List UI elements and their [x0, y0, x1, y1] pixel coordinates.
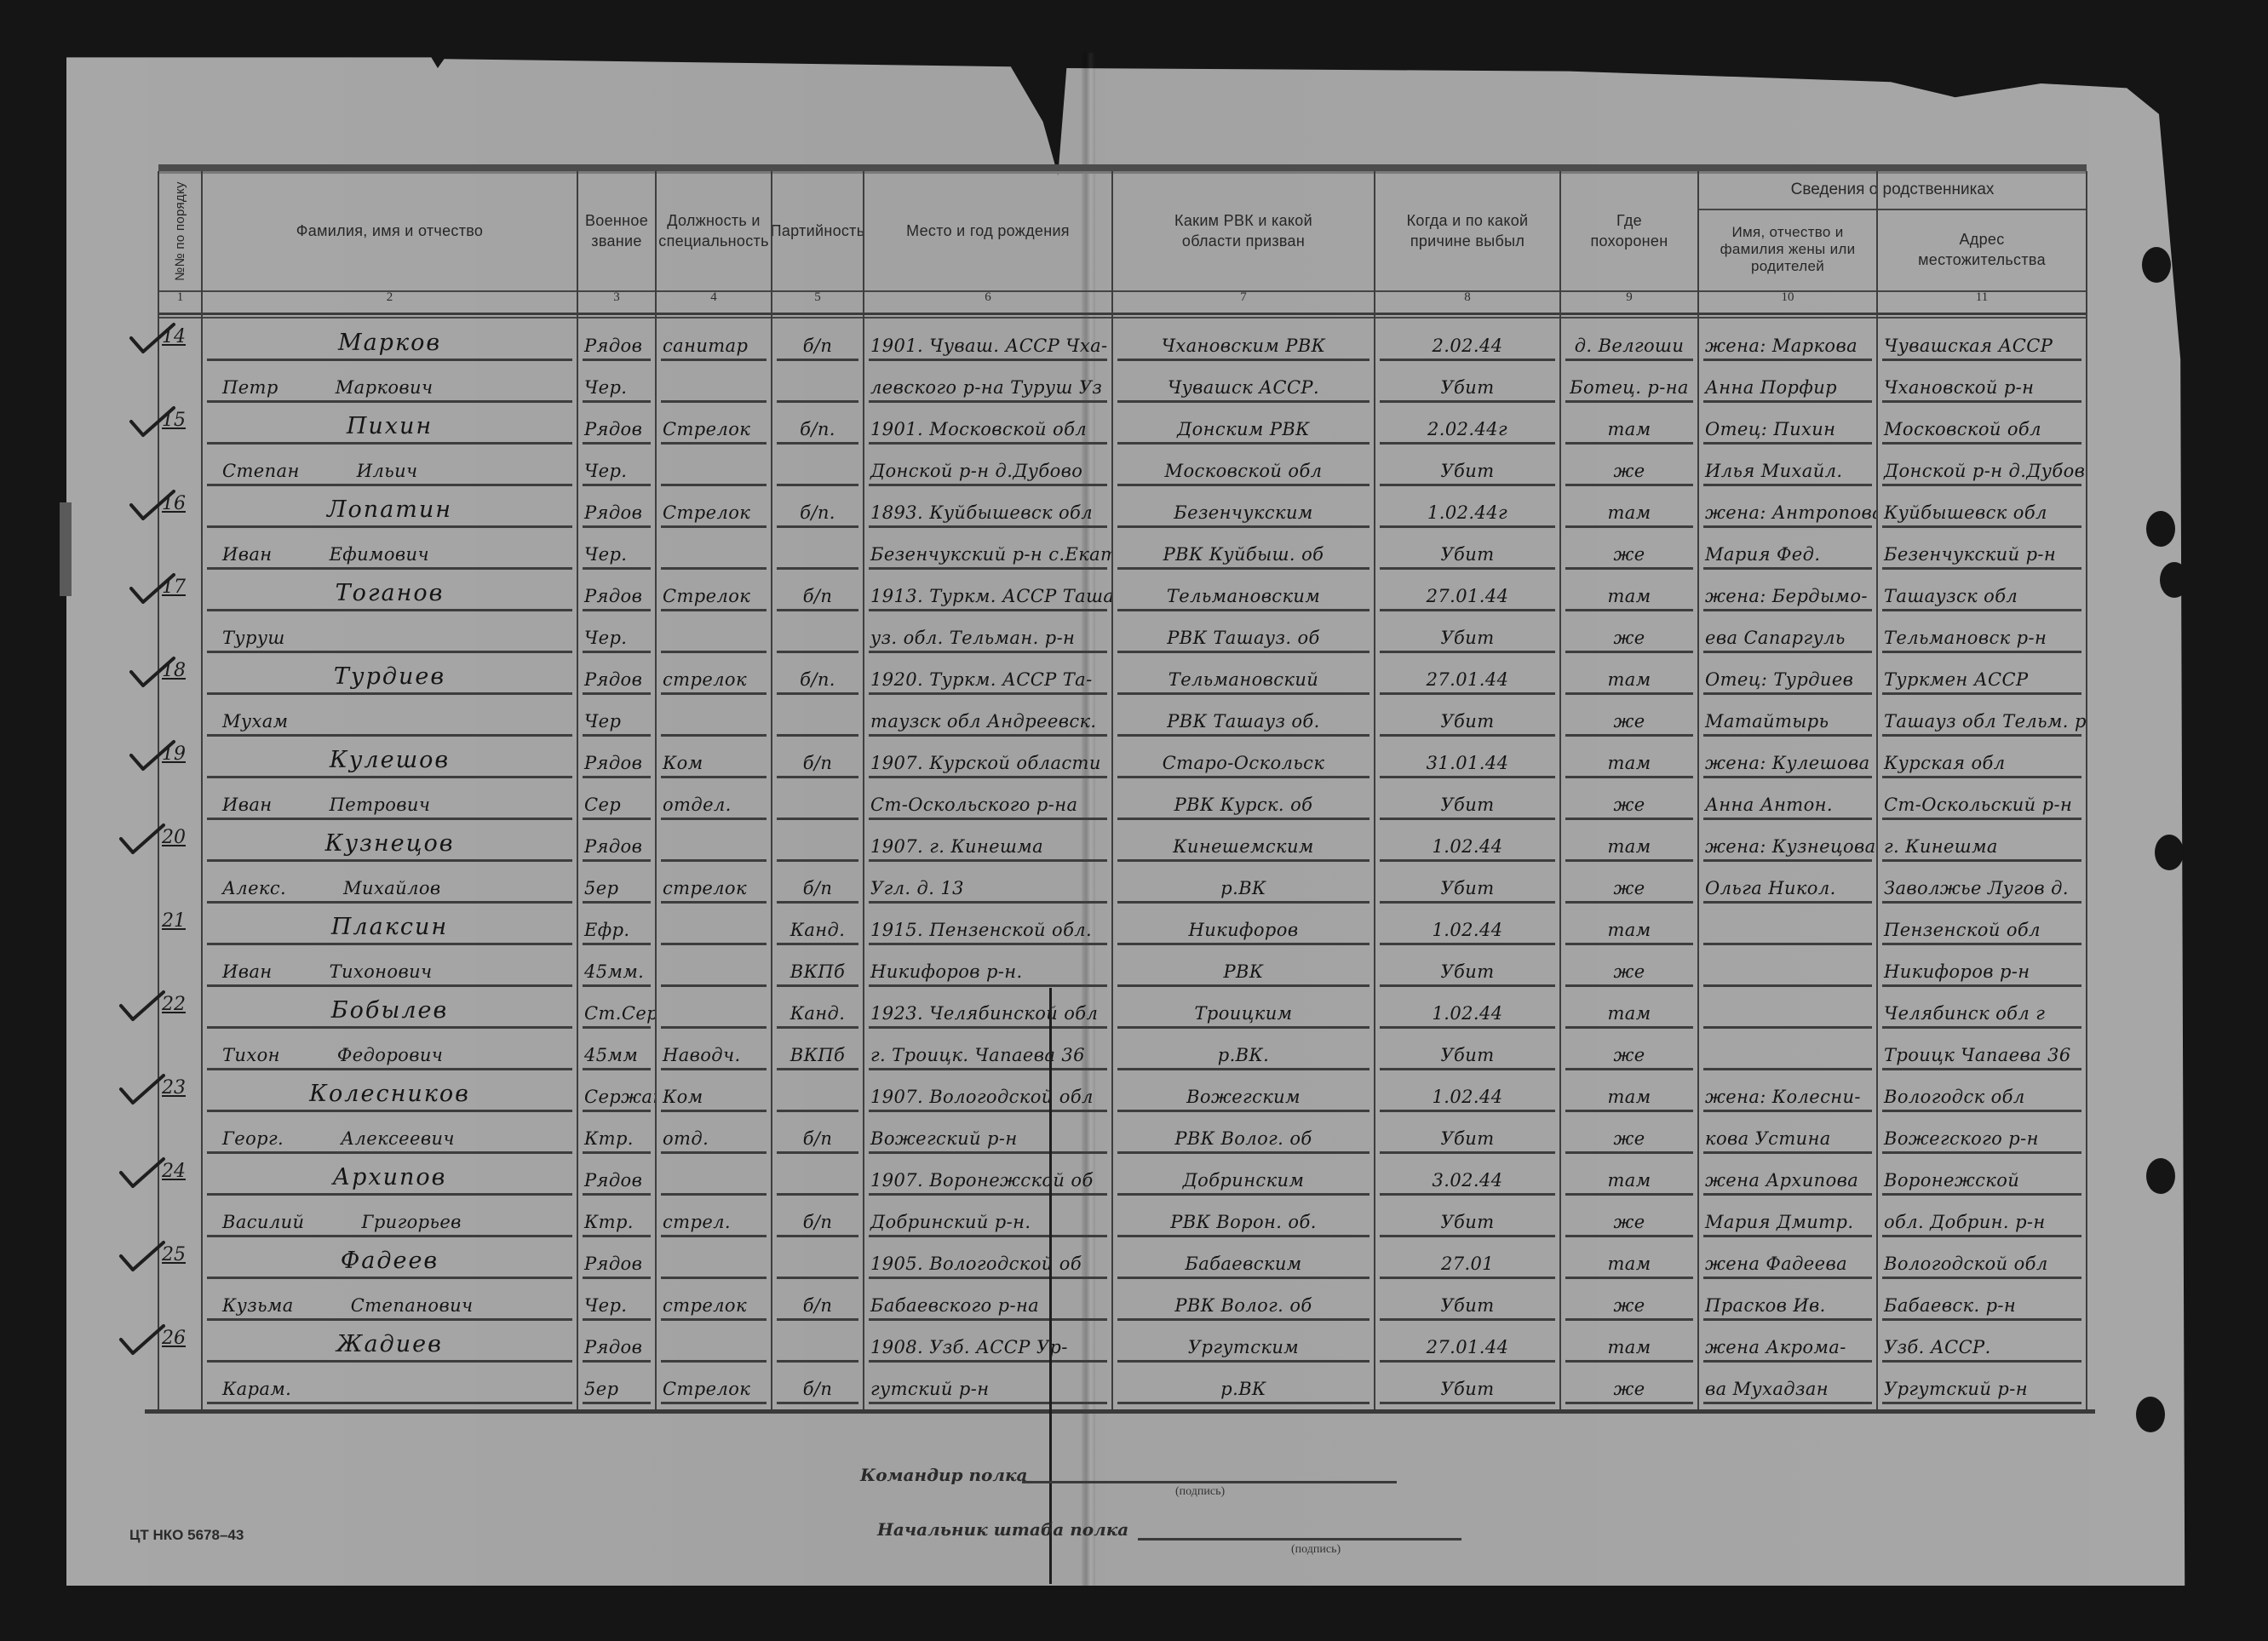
cell-relative-name: кова Устина — [1698, 1112, 1877, 1154]
cell-name: Колесников — [202, 1070, 577, 1112]
cell-relative-address: Туркмен АССР — [1877, 653, 2087, 695]
cell-position: Стрелок — [656, 1363, 772, 1404]
cell-draft-office: РВК Ташауз. об — [1112, 611, 1375, 653]
cell-party: б/п — [772, 1112, 864, 1154]
row-underline — [1380, 1402, 1555, 1404]
table-row: Степан ИльичЧер.Донской р-н д.ДубовоМоск… — [158, 445, 2087, 486]
table-row: Василий ГригорьевКтр.стрел.б/пДобринский… — [158, 1196, 2087, 1237]
cell-position: отдел. — [656, 778, 772, 820]
cell-rank: 5ер — [577, 1363, 656, 1404]
cell-birth: г. Троицк. Чапаева 36 — [864, 1029, 1112, 1070]
column-rule — [1111, 171, 1113, 1413]
cell-relative-address: Тельмановск р-н — [1877, 611, 2087, 653]
cell-party: б/п. — [772, 653, 864, 695]
col-num-7: 7 — [1112, 290, 1375, 313]
table-row: ЛопатинРядовСтрелокб/п.1893. Куйбышевск … — [158, 486, 2087, 528]
row-underline — [869, 1402, 1107, 1404]
cell-rank: Рядов — [577, 1154, 656, 1196]
table-row: Петр МарковичЧер.левского р-на Туруш УзЧ… — [158, 361, 2087, 403]
header-col-1: №№ по порядку — [158, 171, 202, 290]
checkmark-icon — [128, 488, 175, 522]
cell-birth: Вожегский р-н — [864, 1112, 1112, 1154]
column-rule — [863, 171, 864, 1413]
table-row: ПихинРядовСтрелокб/п.1901. Московской об… — [158, 403, 2087, 445]
checkmark-icon — [118, 822, 165, 856]
cell-name: Петр Маркович — [202, 361, 577, 403]
chief-of-staff-label: Начальник штаба полка — [877, 1519, 1128, 1540]
col-num-1: 1 — [158, 290, 202, 313]
table-row: ФадеевРядов1905. Вологодской обБабаевски… — [158, 1237, 2087, 1279]
table-row: Алекс. Михайлов5ерстрелокб/пУгл. д. 13р.… — [158, 862, 2087, 904]
cell-burial: же — [1560, 528, 1698, 570]
cell-relative-address: г. Кинешма — [1877, 820, 2087, 862]
cell-burial: же — [1560, 778, 1698, 820]
record-number: 24 — [162, 1161, 186, 1182]
cell-draft-office: РВК Ташауз об. — [1112, 695, 1375, 737]
body-top-double-rule-2 — [158, 317, 2087, 318]
column-rule — [1697, 171, 1699, 1413]
cell-party — [772, 695, 864, 737]
table-row: КулешовРядовКомб/п1907. Курской областиС… — [158, 737, 2087, 778]
cell-name: Иван Петрович — [202, 778, 577, 820]
cell-burial: же — [1560, 862, 1698, 904]
cell-position: стрелок — [656, 653, 772, 695]
cell-party: ВКПб — [772, 1029, 864, 1070]
cell-position — [656, 987, 772, 1029]
cell-burial: там — [1560, 820, 1698, 862]
cell-date-reason: 1.02.44 — [1375, 904, 1560, 945]
cell-rank: Рядов — [577, 570, 656, 611]
header-col-10: Имя, отчество и фамилия жены или родител… — [1698, 209, 1877, 290]
checkmark-icon — [118, 1323, 165, 1357]
cell-relative-address: Безенчукский р-н — [1877, 528, 2087, 570]
cell-party: Канд. — [772, 904, 864, 945]
cell-party: б/п — [772, 737, 864, 778]
chief-of-staff-signature-line — [1138, 1538, 1461, 1541]
cell-burial: там — [1560, 1070, 1698, 1112]
cell-birth: 1893. Куйбышевск обл — [864, 486, 1112, 528]
cell-rank: Рядов — [577, 1237, 656, 1279]
commander-label: Командир полка — [860, 1465, 1028, 1485]
cell-birth: Ст-Оскольского р-на — [864, 778, 1112, 820]
cell-name: Марков — [202, 319, 577, 361]
cell-name: Мухам — [202, 695, 577, 737]
cell-rank: Чер — [577, 695, 656, 737]
cell-relative-name: Прасков Ив. — [1698, 1279, 1877, 1321]
header-relatives-group: Сведения о родственниках — [1698, 171, 2087, 209]
cell-position: Ком — [656, 1070, 772, 1112]
col-num-2: 2 — [202, 290, 577, 313]
cell-date-reason: 1.02.44 — [1375, 987, 1560, 1029]
cell-name: Кулешов — [202, 737, 577, 778]
cell-birth: Безенчукский р-н с.Екат — [864, 528, 1112, 570]
record-number: 25 — [162, 1244, 186, 1265]
col-num-6: 6 — [864, 290, 1112, 313]
punch-hole — [2146, 1158, 2175, 1194]
cell-position: стрел. — [656, 1196, 772, 1237]
cell-relative-address: Донской р-н д.Дубово. — [1877, 445, 2087, 486]
cell-burial: же — [1560, 695, 1698, 737]
cell-party — [772, 820, 864, 862]
column-rule — [158, 171, 159, 1413]
cell-relative-name — [1698, 987, 1877, 1029]
cell-birth: уз. обл. Тельман. р-н — [864, 611, 1112, 653]
cell-draft-office: Безенчукским — [1112, 486, 1375, 528]
cell-party — [772, 1237, 864, 1279]
cell-draft-office: РВК — [1112, 945, 1375, 987]
cell-rank: Рядов — [577, 737, 656, 778]
row-underline — [777, 1402, 858, 1404]
cell-position — [656, 904, 772, 945]
table-row: Иван Тихонович45мм.ВКПбНикифоров р-н.РВК… — [158, 945, 2087, 987]
cell-date-reason: 31.01.44 — [1375, 737, 1560, 778]
record-number: 23 — [162, 1077, 186, 1099]
cell-name: Степан Ильич — [202, 445, 577, 486]
col-num-8: 8 — [1375, 290, 1560, 313]
cell-position: Стрелок — [656, 570, 772, 611]
cell-party: б/п — [772, 1196, 864, 1237]
binding-tab — [60, 502, 72, 596]
column-rule — [2086, 171, 2087, 1413]
col-num-4: 4 — [656, 290, 772, 313]
cell-relative-address: Вологодск обл — [1877, 1070, 2087, 1112]
cell-rank: Рядов — [577, 319, 656, 361]
cell-date-reason: 3.02.44 — [1375, 1154, 1560, 1196]
cell-party — [772, 1070, 864, 1112]
cell-rank: Чер. — [577, 528, 656, 570]
cell-party: ВКПб — [772, 945, 864, 987]
cell-relative-address: Курская обл — [1877, 737, 2087, 778]
cell-position — [656, 361, 772, 403]
cell-relative-address: Челябинск обл г — [1877, 987, 2087, 1029]
cell-rank: Сер — [577, 778, 656, 820]
column-rule — [1559, 171, 1561, 1413]
cell-birth: гутский р-н — [864, 1363, 1112, 1404]
checkmark-icon — [118, 1156, 165, 1190]
cell-rank: Чер. — [577, 361, 656, 403]
cell-name: Лопатин — [202, 486, 577, 528]
cell-draft-office: Чхановским РВК — [1112, 319, 1375, 361]
body-top-double-rule — [158, 313, 2087, 315]
table-row: ЖадиевРядов1908. Узб. АССР Ур-Ургутским2… — [158, 1321, 2087, 1363]
header-col-4: Должность и специальность — [656, 171, 772, 290]
cell-party — [772, 778, 864, 820]
row-underline — [1117, 1402, 1369, 1404]
cell-burial: там — [1560, 570, 1698, 611]
cell-rank: 5ер — [577, 862, 656, 904]
table-row: КузнецовРядов1907. г. КинешмаКинешемским… — [158, 820, 2087, 862]
cell-relative-address: Воронежской — [1877, 1154, 2087, 1196]
cell-draft-office: Бабаевским — [1112, 1237, 1375, 1279]
cell-relative-name: жена Акрома- — [1698, 1321, 1877, 1363]
cell-birth: Бабаевского р-на — [864, 1279, 1112, 1321]
cell-relative-address: Куйбышевск обл — [1877, 486, 2087, 528]
cell-name: Пихин — [202, 403, 577, 445]
cell-date-reason: 27.01.44 — [1375, 653, 1560, 695]
cell-name: Иван Тихонович — [202, 945, 577, 987]
row-underline — [207, 1402, 572, 1404]
cell-relative-address: Вожегского р-н — [1877, 1112, 2087, 1154]
cell-draft-office: р.ВК — [1112, 862, 1375, 904]
cell-party — [772, 1321, 864, 1363]
cell-birth: левского р-на Туруш Уз — [864, 361, 1112, 403]
table-row: ТурушЧер.уз. обл. Тельман. р-нРВК Ташауз… — [158, 611, 2087, 653]
cell-rank: Чер. — [577, 1279, 656, 1321]
cell-birth: Донской р-н д.Дубово — [864, 445, 1112, 486]
cell-relative-address: Троицк Чапаева 36 — [1877, 1029, 2087, 1070]
cell-relative-address: Ташауз обл Тельм. р-н — [1877, 695, 2087, 737]
cell-relative-name: жена: Бердымо- — [1698, 570, 1877, 611]
cell-date-reason: 1.02.44 — [1375, 820, 1560, 862]
cell-name: Карам. — [202, 1363, 577, 1404]
punch-hole — [2146, 511, 2175, 547]
cell-relative-name: жена: Кулешова — [1698, 737, 1877, 778]
cell-draft-office: Никифоров — [1112, 904, 1375, 945]
cell-relative-name: Илья Михайл. — [1698, 445, 1877, 486]
cell-relative-name — [1698, 945, 1877, 987]
cell-position: Стрелок — [656, 486, 772, 528]
punch-hole — [2155, 835, 2184, 870]
cell-birth: 1913. Туркм. АССР Ташауз. обл. Тельман. … — [864, 570, 1112, 611]
punch-hole — [2160, 562, 2189, 598]
col-num-3: 3 — [577, 290, 656, 313]
commander-signature-line — [1022, 1481, 1397, 1483]
cell-date-reason: 1.02.44г — [1375, 486, 1560, 528]
cell-party — [772, 528, 864, 570]
header-col-6: Место и год рождения — [864, 171, 1112, 290]
cell-draft-office: РВК Волог. об — [1112, 1279, 1375, 1321]
cell-draft-office: р.ВК. — [1112, 1029, 1375, 1070]
cell-relative-name: Ольга Никол. — [1698, 862, 1877, 904]
cell-draft-office: Московской обл — [1112, 445, 1375, 486]
cell-rank: Рядов — [577, 1321, 656, 1363]
cell-date-reason: Убит — [1375, 862, 1560, 904]
cell-date-reason: Убит — [1375, 1196, 1560, 1237]
col-num-10: 10 — [1698, 290, 1877, 313]
cell-position: Наводч. — [656, 1029, 772, 1070]
cell-name: Фадеев — [202, 1237, 577, 1279]
checkmark-icon — [128, 321, 175, 355]
cell-birth: 1907. Воронежской об — [864, 1154, 1112, 1196]
cell-date-reason: Убит — [1375, 945, 1560, 987]
cell-rank: Чер. — [577, 611, 656, 653]
cell-position — [656, 945, 772, 987]
cell-position: Ком — [656, 737, 772, 778]
cell-rank: 45мм. — [577, 945, 656, 987]
cell-date-reason: Убит — [1375, 1112, 1560, 1154]
table-row: АрхиповРядов1907. Воронежской обДобринск… — [158, 1154, 2087, 1196]
cell-date-reason: Убит — [1375, 778, 1560, 820]
cell-name: Тоганов — [202, 570, 577, 611]
column-rule — [771, 171, 772, 1413]
cell-burial: же — [1560, 445, 1698, 486]
cell-burial: же — [1560, 1112, 1698, 1154]
cell-birth: 1915. Пензенской обл. — [864, 904, 1112, 945]
loss-register-table: №№ по порядку Фамилия, имя и отчество Во… — [158, 171, 2087, 1413]
cell-draft-office: Старо-Оскольск — [1112, 737, 1375, 778]
cell-burial: же — [1560, 1029, 1698, 1070]
cell-position — [656, 1237, 772, 1279]
table-bottom-rule — [145, 1409, 2095, 1414]
cell-date-reason: Убит — [1375, 695, 1560, 737]
table-row: БобылевСт.СерКанд.1923. Челябинской облТ… — [158, 987, 2087, 1029]
checkmark-icon — [128, 405, 175, 439]
cell-relative-address: Узб. АССР. — [1877, 1321, 2087, 1363]
cell-position: стрелок — [656, 1279, 772, 1321]
cell-birth: 1907. Вологодской обл — [864, 1070, 1112, 1112]
cell-burial: там — [1560, 737, 1698, 778]
cell-name: Кузьма Степанович — [202, 1279, 577, 1321]
cell-name: Турдиев — [202, 653, 577, 695]
cell-date-reason: Убит — [1375, 361, 1560, 403]
cell-relative-name: ва Мухадзан — [1698, 1363, 1877, 1404]
cell-burial: Ботец. р-на — [1560, 361, 1698, 403]
cell-birth: таузск обл Андреевск. — [864, 695, 1112, 737]
cell-relative-name — [1698, 904, 1877, 945]
cell-name: Тихон Федорович — [202, 1029, 577, 1070]
col-num-11: 11 — [1877, 290, 2087, 313]
cell-draft-office: Вожегским — [1112, 1070, 1375, 1112]
cell-relative-address: Ст-Оскольский р-н — [1877, 778, 2087, 820]
cell-date-reason: Убит — [1375, 611, 1560, 653]
row-underline — [1703, 1402, 1872, 1404]
row-underline — [661, 1402, 767, 1404]
table-row: Тихон Федорович45ммНаводч.ВКПбг. Троицк.… — [158, 1029, 2087, 1070]
header-col-5: Партийность — [772, 171, 864, 290]
cell-party: б/п. — [772, 486, 864, 528]
cell-rank: Чер. — [577, 445, 656, 486]
cell-burial: там — [1560, 1321, 1698, 1363]
cell-rank: 45мм — [577, 1029, 656, 1070]
row-underline — [583, 1402, 651, 1404]
cell-date-reason: Убит — [1375, 528, 1560, 570]
header-col-9: Где похоронен — [1560, 171, 1698, 290]
column-rule — [655, 171, 657, 1413]
header-col-2: Фамилия, имя и отчество — [202, 171, 577, 290]
cell-burial: там — [1560, 1154, 1698, 1196]
column-rule — [1374, 171, 1375, 1413]
cell-relative-name: Матайтырь — [1698, 695, 1877, 737]
cell-relative-name: ева Сапаргуль — [1698, 611, 1877, 653]
form-code: ЦТ НКО 5678–43 — [129, 1527, 244, 1544]
cell-date-reason: Убит — [1375, 1279, 1560, 1321]
cell-burial: там — [1560, 987, 1698, 1029]
cell-date-reason: 1.02.44 — [1375, 1070, 1560, 1112]
header-col-8: Когда и по какой причине выбыл — [1375, 171, 1560, 290]
header-col-3: Военное звание — [577, 171, 656, 290]
cell-name: Кузнецов — [202, 820, 577, 862]
table-row: ТогановРядовСтрелокб/п1913. Туркм. АССР … — [158, 570, 2087, 611]
cell-relative-name: жена: Колесни- — [1698, 1070, 1877, 1112]
cell-position: Стрелок — [656, 403, 772, 445]
cell-relative-name: Мария Дмитр. — [1698, 1196, 1877, 1237]
cell-burial: там — [1560, 653, 1698, 695]
cell-birth: 1923. Челябинской обл — [864, 987, 1112, 1029]
table-row: ПлаксинЕфр.Канд.1915. Пензенской обл.Ник… — [158, 904, 2087, 945]
cell-burial: же — [1560, 945, 1698, 987]
table-row: Иван ПетровичСеротдел.Ст-Оскольского р-н… — [158, 778, 2087, 820]
cell-rank: Ктр. — [577, 1112, 656, 1154]
cell-date-reason: 27.01.44 — [1375, 570, 1560, 611]
cell-relative-name: Анна Антон. — [1698, 778, 1877, 820]
cell-birth: 1907. Курской области — [864, 737, 1112, 778]
checkmark-icon — [128, 738, 175, 772]
cell-draft-office: р.ВК — [1112, 1363, 1375, 1404]
cell-rank: Ефр. — [577, 904, 656, 945]
table-row: МарковРядовсанитарб/п1901. Чуваш. АССР Ч… — [158, 319, 2087, 361]
cell-party: б/п — [772, 570, 864, 611]
cell-burial: там — [1560, 486, 1698, 528]
checkmark-icon — [118, 1239, 165, 1273]
cell-position: санитар — [656, 319, 772, 361]
cell-rank: Ст.Сер — [577, 987, 656, 1029]
cell-birth: Угл. д. 13 — [864, 862, 1112, 904]
table-row: Кузьма СтепановичЧер.стрелокб/пБабаевско… — [158, 1279, 2087, 1321]
cell-burial: же — [1560, 1196, 1698, 1237]
cell-draft-office: Тельмановский — [1112, 653, 1375, 695]
checkmark-icon — [128, 655, 175, 689]
cell-birth: Добринский р-н. — [864, 1196, 1112, 1237]
cell-rank: Рядов — [577, 486, 656, 528]
cell-draft-office: Донским РВК — [1112, 403, 1375, 445]
punch-hole — [2142, 247, 2171, 283]
cell-position: отд. — [656, 1112, 772, 1154]
cell-party: б/п — [772, 862, 864, 904]
header-col-11: Адрес местожительства — [1877, 209, 2087, 290]
cell-birth: 1901. Московской обл — [864, 403, 1112, 445]
column-number-row: 1 2 3 4 5 6 7 8 9 10 11 — [158, 290, 2087, 313]
cell-relative-name — [1698, 1029, 1877, 1070]
record-number: 22 — [162, 994, 186, 1015]
cell-draft-office: Тельмановским — [1112, 570, 1375, 611]
cell-draft-office: Ургутским — [1112, 1321, 1375, 1363]
cell-relative-address: Заволжье Лугов д. — [1877, 862, 2087, 904]
cell-position: стрелок — [656, 862, 772, 904]
cell-date-reason: 27.01.44 — [1375, 1321, 1560, 1363]
cell-name: Алекс. Михайлов — [202, 862, 577, 904]
cell-relative-address: Ташаузск обл — [1877, 570, 2087, 611]
cell-position — [656, 1321, 772, 1363]
cell-party: б/п — [772, 1279, 864, 1321]
paper-crack — [1049, 988, 1052, 1584]
record-number: 20 — [162, 827, 186, 848]
header-col-7: Каким РВК и какой области призван — [1112, 171, 1375, 290]
cell-draft-office: РВК Куйбыш. об — [1112, 528, 1375, 570]
cell-relative-address: Пензенской обл — [1877, 904, 2087, 945]
commander-signature-caption: (подпись) — [1175, 1485, 1225, 1499]
cell-party: Канд. — [772, 987, 864, 1029]
cell-relative-address: Чхановской р-н — [1877, 361, 2087, 403]
cell-name: Туруш — [202, 611, 577, 653]
cell-date-reason: 2.02.44 — [1375, 319, 1560, 361]
cell-birth: Никифоров р-н. — [864, 945, 1112, 987]
table-row: МухамЧертаузск обл Андреевск.РВК Ташауз … — [158, 695, 2087, 737]
cell-position — [656, 445, 772, 486]
cell-rank: Рядов — [577, 820, 656, 862]
cell-relative-name: жена: Кузнецова — [1698, 820, 1877, 862]
cell-burial: же — [1560, 1279, 1698, 1321]
cell-party — [772, 445, 864, 486]
col-num-9: 9 — [1560, 290, 1698, 313]
column-rule — [577, 171, 578, 1413]
cell-position — [656, 1154, 772, 1196]
cell-draft-office: Добринским — [1112, 1154, 1375, 1196]
cell-relative-name: Анна Порфир — [1698, 361, 1877, 403]
row-underline — [1882, 1402, 2081, 1404]
cell-relative-name: Мария Фед. — [1698, 528, 1877, 570]
chief-of-staff-signature-caption: (подпись) — [1291, 1543, 1341, 1557]
cell-name: Георг. Алексеевич — [202, 1112, 577, 1154]
